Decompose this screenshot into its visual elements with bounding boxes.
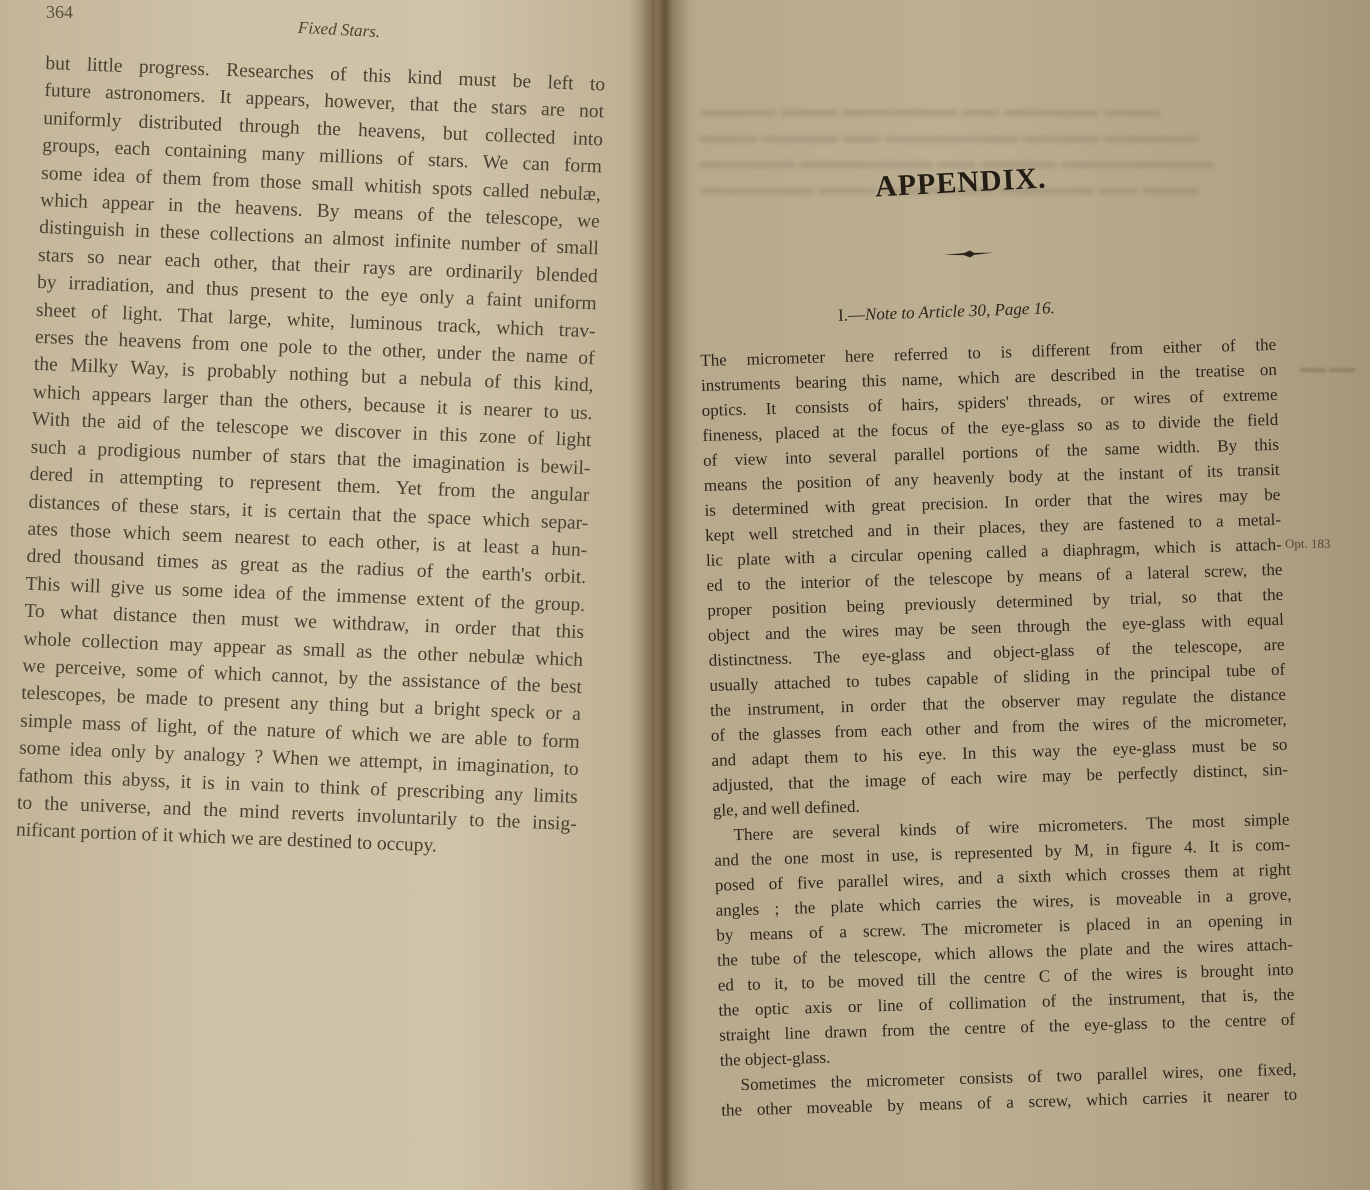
book-gutter — [640, 0, 690, 1190]
margin-ghost-note: ▬▬ ▬▬ — [1300, 360, 1355, 376]
open-book-spread: 364 Fixed Stars. but little progress. Re… — [0, 0, 1370, 1190]
right-page-body: The micrometer here referred to is diffe… — [700, 332, 1301, 1123]
note-numeral: I.— — [838, 305, 866, 325]
running-head: Fixed Stars. — [298, 18, 381, 42]
page-number: 364 — [46, 2, 73, 23]
left-page-body: but little progress. Researches of this … — [15, 50, 615, 866]
left-page: 364 Fixed Stars. but little progress. Re… — [0, 0, 655, 1190]
margin-note: Opt. 183 — [1285, 536, 1331, 552]
